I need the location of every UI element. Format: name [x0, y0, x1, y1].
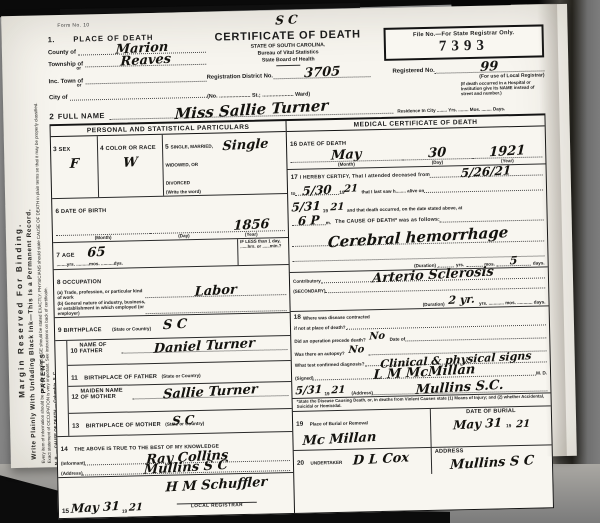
- mother-number: 12: [71, 394, 78, 401]
- time-value: 6 P: [291, 213, 326, 229]
- signed-year-prefix: 19: [324, 391, 329, 396]
- q18-operation: Did an operation precede death?: [294, 337, 366, 344]
- race-value: W: [100, 154, 161, 172]
- time-line: 6 P: [292, 216, 326, 226]
- undertaker-address-cell: ADDRESS Mullins S C: [432, 445, 552, 474]
- file-number-value: 7393: [390, 37, 538, 57]
- q18-date-of: Date of: [390, 336, 406, 341]
- q18-test: What test confirmed diagnosis?: [295, 361, 365, 368]
- dod-label: DATE OF DEATH: [299, 141, 346, 148]
- occupation-b-line: [145, 302, 286, 314]
- burial-row: 19 Place of Burial or Removal Mc Millan …: [293, 406, 552, 451]
- informant-row: 14 THE ABOVE IS TRUE TO THE BEST OF MY K…: [57, 432, 293, 478]
- father-number: 10: [70, 348, 77, 355]
- parents-label: PARENTS: [39, 353, 47, 394]
- mother-bp-value: S C: [171, 413, 194, 428]
- duration2-label: (Duration): [423, 302, 445, 307]
- burial-number: 19: [296, 420, 303, 427]
- city-line: [69, 89, 207, 101]
- certify-text-1: I HEREBY CERTIFY, That I attended deceas…: [300, 172, 430, 181]
- form-grid: PERSONAL AND STATISTICAL PARTICULARS 3SE…: [50, 113, 554, 519]
- scanned-death-certificate: Margin Reserved For Binding. Write Plain…: [0, 0, 600, 523]
- marital-value: Single: [220, 137, 269, 195]
- mother-bp-label: BIRTHPLACE OF MOTHER: [86, 422, 161, 430]
- registration-district-line: 3705: [273, 68, 371, 79]
- signed-date-value: 5/31: [295, 383, 323, 398]
- q18-if-not: if not at place of death?: [294, 325, 346, 331]
- form-number: Form No. 10: [57, 22, 89, 29]
- father-bp-label: BIRTHPLACE OF FATHER: [84, 374, 157, 382]
- contributory-label: Contributory: [293, 278, 321, 284]
- father-bp-hint: (State or Country): [162, 373, 201, 379]
- mother-bp-number: 13: [72, 423, 79, 430]
- father-bp-value: S C: [275, 12, 298, 27]
- sex-value: F: [53, 155, 96, 172]
- certificate-title-block: CERTIFICATE OF DEATH STATE OF SOUTH CARO…: [206, 28, 371, 102]
- parents-strip: PARENTS: [55, 341, 69, 436]
- header-section: 1. PLACE OF DEATH County of Marion Towns…: [48, 24, 545, 105]
- occupation-number: 8: [57, 279, 61, 286]
- dod-number: 16: [290, 141, 297, 148]
- filed-row: 15 May 31 19 21 H M Schuffler LOCAL REGI…: [58, 473, 294, 518]
- certify-number: 17: [291, 174, 298, 181]
- registrar-signature-block: H M Schuffler LOCAL REGISTRAR: [142, 474, 291, 513]
- residence-label: Residence In City: [397, 108, 435, 114]
- mother-label: MAIDEN NAME OF MOTHER: [80, 387, 132, 400]
- question-18-block: 18 Where was disease contracted if not a…: [291, 306, 551, 399]
- age-value: 65: [87, 245, 106, 261]
- township-line: Reaves: [85, 56, 206, 68]
- dob-month-seg: (Month): [56, 224, 151, 241]
- undertaker-value: D L Cox: [352, 450, 409, 468]
- signed-year-value: 21: [331, 385, 345, 397]
- burial-label: Place of Burial or Removal: [310, 420, 368, 426]
- dod-month-seg: May (Month): [290, 151, 402, 168]
- residence-units: ........ Yrs. ........ Mos. ........ Day…: [437, 106, 505, 112]
- birthplace-label: BIRTHPLACE: [64, 327, 102, 334]
- undertaker-row: 20 UNDERTAKER D L Cox ADDRESS Mullins S …: [294, 445, 553, 477]
- occupation-label: OCCUPATION: [62, 279, 101, 286]
- father-bp-number: 11: [71, 375, 78, 382]
- registered-no-line: 99: [435, 62, 545, 73]
- burial-date-value: May 31: [452, 415, 502, 432]
- form-area: Form No. 10 1. PLACE OF DEATH County of …: [47, 6, 553, 463]
- q18-operation-line: [405, 329, 546, 341]
- city-label: City of: [49, 95, 68, 101]
- duration2-units: yrs. ............ mos. ............ days…: [479, 299, 545, 305]
- marital-cell: 5SINGLE, MARRIED, WIDOWED, OR DIVORCED (…: [163, 132, 287, 196]
- occupation-b-label: (b) General nature of industry, business…: [57, 299, 145, 316]
- marital-hint: (Write the word): [166, 188, 222, 194]
- race-number: 4: [100, 145, 104, 152]
- undertaker-cell: 20 UNDERTAKER D L Cox: [294, 448, 433, 477]
- sex-cell: 3SEX F: [51, 136, 99, 198]
- dob-day-seg: (Day): [150, 223, 218, 239]
- duration2-value: 2 yr.: [448, 292, 475, 307]
- personal-column: PERSONAL AND STATISTICAL PARTICULARS 3SE…: [51, 121, 295, 518]
- section1-number: 1.: [48, 35, 55, 44]
- cause-line: Cerebral hemorrhage: [292, 228, 544, 246]
- sex-race-marital-row: 3SEX F 4COLOR OR RACE W 5SINGLE, MARRIED…: [51, 132, 287, 199]
- death-occurred-text: and that death occurred, on the date sta…: [347, 205, 462, 213]
- q18-number: 18: [294, 314, 301, 321]
- dob-year-seg: 1856 (Year): [217, 221, 285, 237]
- burial-year-value: 21: [515, 418, 529, 430]
- occupation-a-label: (a) Trade, profession, or particular kin…: [57, 288, 145, 300]
- father-line: Daniel Turner: [121, 341, 287, 354]
- undertaker-number: 20: [297, 459, 304, 466]
- attended-from-line: 5/26/21: [430, 166, 543, 177]
- age-main-cell: 7AGE 65 ........yrs. ..........mos. ....…: [53, 239, 238, 269]
- race-cell: 4COLOR OR RACE W: [98, 135, 164, 197]
- age-units: ........yrs. ..........mos. ..........dy…: [57, 258, 235, 267]
- to-value: 5/30: [295, 182, 340, 199]
- year-value-1: 21: [344, 183, 358, 195]
- medical-column: MEDICAL CERTIFICATE OF DEATH 16DATE OF D…: [286, 115, 552, 513]
- birthplace-hint: (State or Country): [112, 326, 151, 332]
- to-line: 5/30: [295, 186, 339, 196]
- mother-line: Sallie Turner: [132, 387, 288, 399]
- date-of-birth-row: 6DATE OF BIRTH (Month) (Day) 1856 (Year): [52, 194, 288, 243]
- informant-number: 14: [61, 446, 68, 453]
- place-of-death-block: 1. PLACE OF DEATH County of Marion Towns…: [48, 32, 208, 105]
- sex-label: SEX: [59, 147, 71, 153]
- filed-year-prefix: 19: [122, 509, 127, 514]
- birthplace-number: 9: [58, 327, 62, 334]
- dob-number: 6: [55, 208, 59, 215]
- file-number-block: File No.—For State Registrar Only. 7393 …: [369, 24, 544, 98]
- last-saw-text: that I last saw h........ alive on: [361, 188, 424, 194]
- full-name-number: 2: [49, 112, 54, 121]
- dob-label: DATE OF BIRTH: [61, 208, 107, 215]
- age-label: AGE: [62, 253, 75, 259]
- age-less-than-day-note: IF LESS than 1 day, ......hrs. or ......…: [237, 238, 289, 265]
- informant-address-label: (Address): [61, 471, 83, 476]
- full-name-label: FULL NAME: [58, 111, 105, 121]
- q18-autopsy: Was there an autopsy?: [295, 351, 345, 357]
- father-label: NAME OF FATHER: [79, 342, 121, 355]
- burial-year-prefix: 19: [506, 423, 511, 428]
- undertaker-label: UNDERTAKER: [310, 459, 342, 465]
- marital-label: SINGLE, MARRIED, WIDOWED, OR DIVORCED: [165, 144, 213, 186]
- undertaker-address-value: Mullins S C: [450, 453, 535, 473]
- signed-address-line: Mullins S.C.: [373, 382, 548, 395]
- last-saw-line: [424, 181, 543, 193]
- margin-binding-note: Margin Reserved For Binding.: [14, 222, 27, 398]
- certificate-paper: Margin Reserved For Binding. Write Plain…: [1, 4, 577, 468]
- burial-date-label: DATE OF BURIAL: [434, 407, 548, 415]
- age-number: 7: [56, 252, 60, 259]
- filed-year-value: 21: [129, 502, 143, 514]
- year-value-2: 21: [330, 202, 344, 214]
- signed-label: (Signed): [295, 376, 313, 381]
- occupation-row: 8OCCUPATION (a) Trade, profession, or pa…: [54, 265, 290, 318]
- burial-value: Mc Millan: [302, 429, 377, 448]
- informant-label: (Informant): [61, 461, 85, 467]
- burial-date-cell: DATE OF BURIAL May 31 19 21: [431, 406, 552, 447]
- parents-group: PARENTS 10 NAME OF FATHER Daniel Turner …: [55, 336, 292, 437]
- filed-number: 15: [62, 508, 69, 515]
- hospital-note: (If death occurred in a Hospital or Inst…: [461, 79, 545, 96]
- filed-date-value: May 31: [71, 499, 121, 516]
- dod-day-seg: 30 (Day): [402, 149, 472, 166]
- m-label: m.: [326, 220, 331, 225]
- birthplace-value: S C: [163, 317, 188, 333]
- race-label: COLOR OR RACE: [106, 145, 156, 152]
- contributory-block: Contributory Arterio Sclerosis (SECONDAR…: [290, 267, 549, 312]
- burial-place-cell: 19 Place of Burial or Removal Mc Millan: [293, 409, 432, 450]
- file-number-box: File No.—For State Registrar Only. 7393: [383, 24, 544, 60]
- marital-number: 5: [165, 144, 169, 151]
- q18-autopsy-value: No: [348, 344, 364, 356]
- cause-label: The CAUSE OF DEATH* was as follows:: [335, 217, 440, 225]
- sex-number: 3: [53, 146, 57, 153]
- registered-no-label: Registered No.: [392, 68, 434, 75]
- certify-block: 17 I HEREBY CERTIFY, That I attended dec…: [288, 164, 548, 273]
- registrar-signature: H M Schuffler: [165, 475, 268, 496]
- q18-operation-value: No: [369, 331, 385, 343]
- registration-district-label: Registration District No.: [207, 73, 273, 80]
- residence-block: Residence In City ........ Yrs. ........…: [393, 105, 545, 114]
- county-label: County of: [48, 50, 76, 57]
- local-registrar-label: LOCAL REGISTRAR: [177, 502, 257, 510]
- signed-address-label: (Address): [351, 390, 373, 395]
